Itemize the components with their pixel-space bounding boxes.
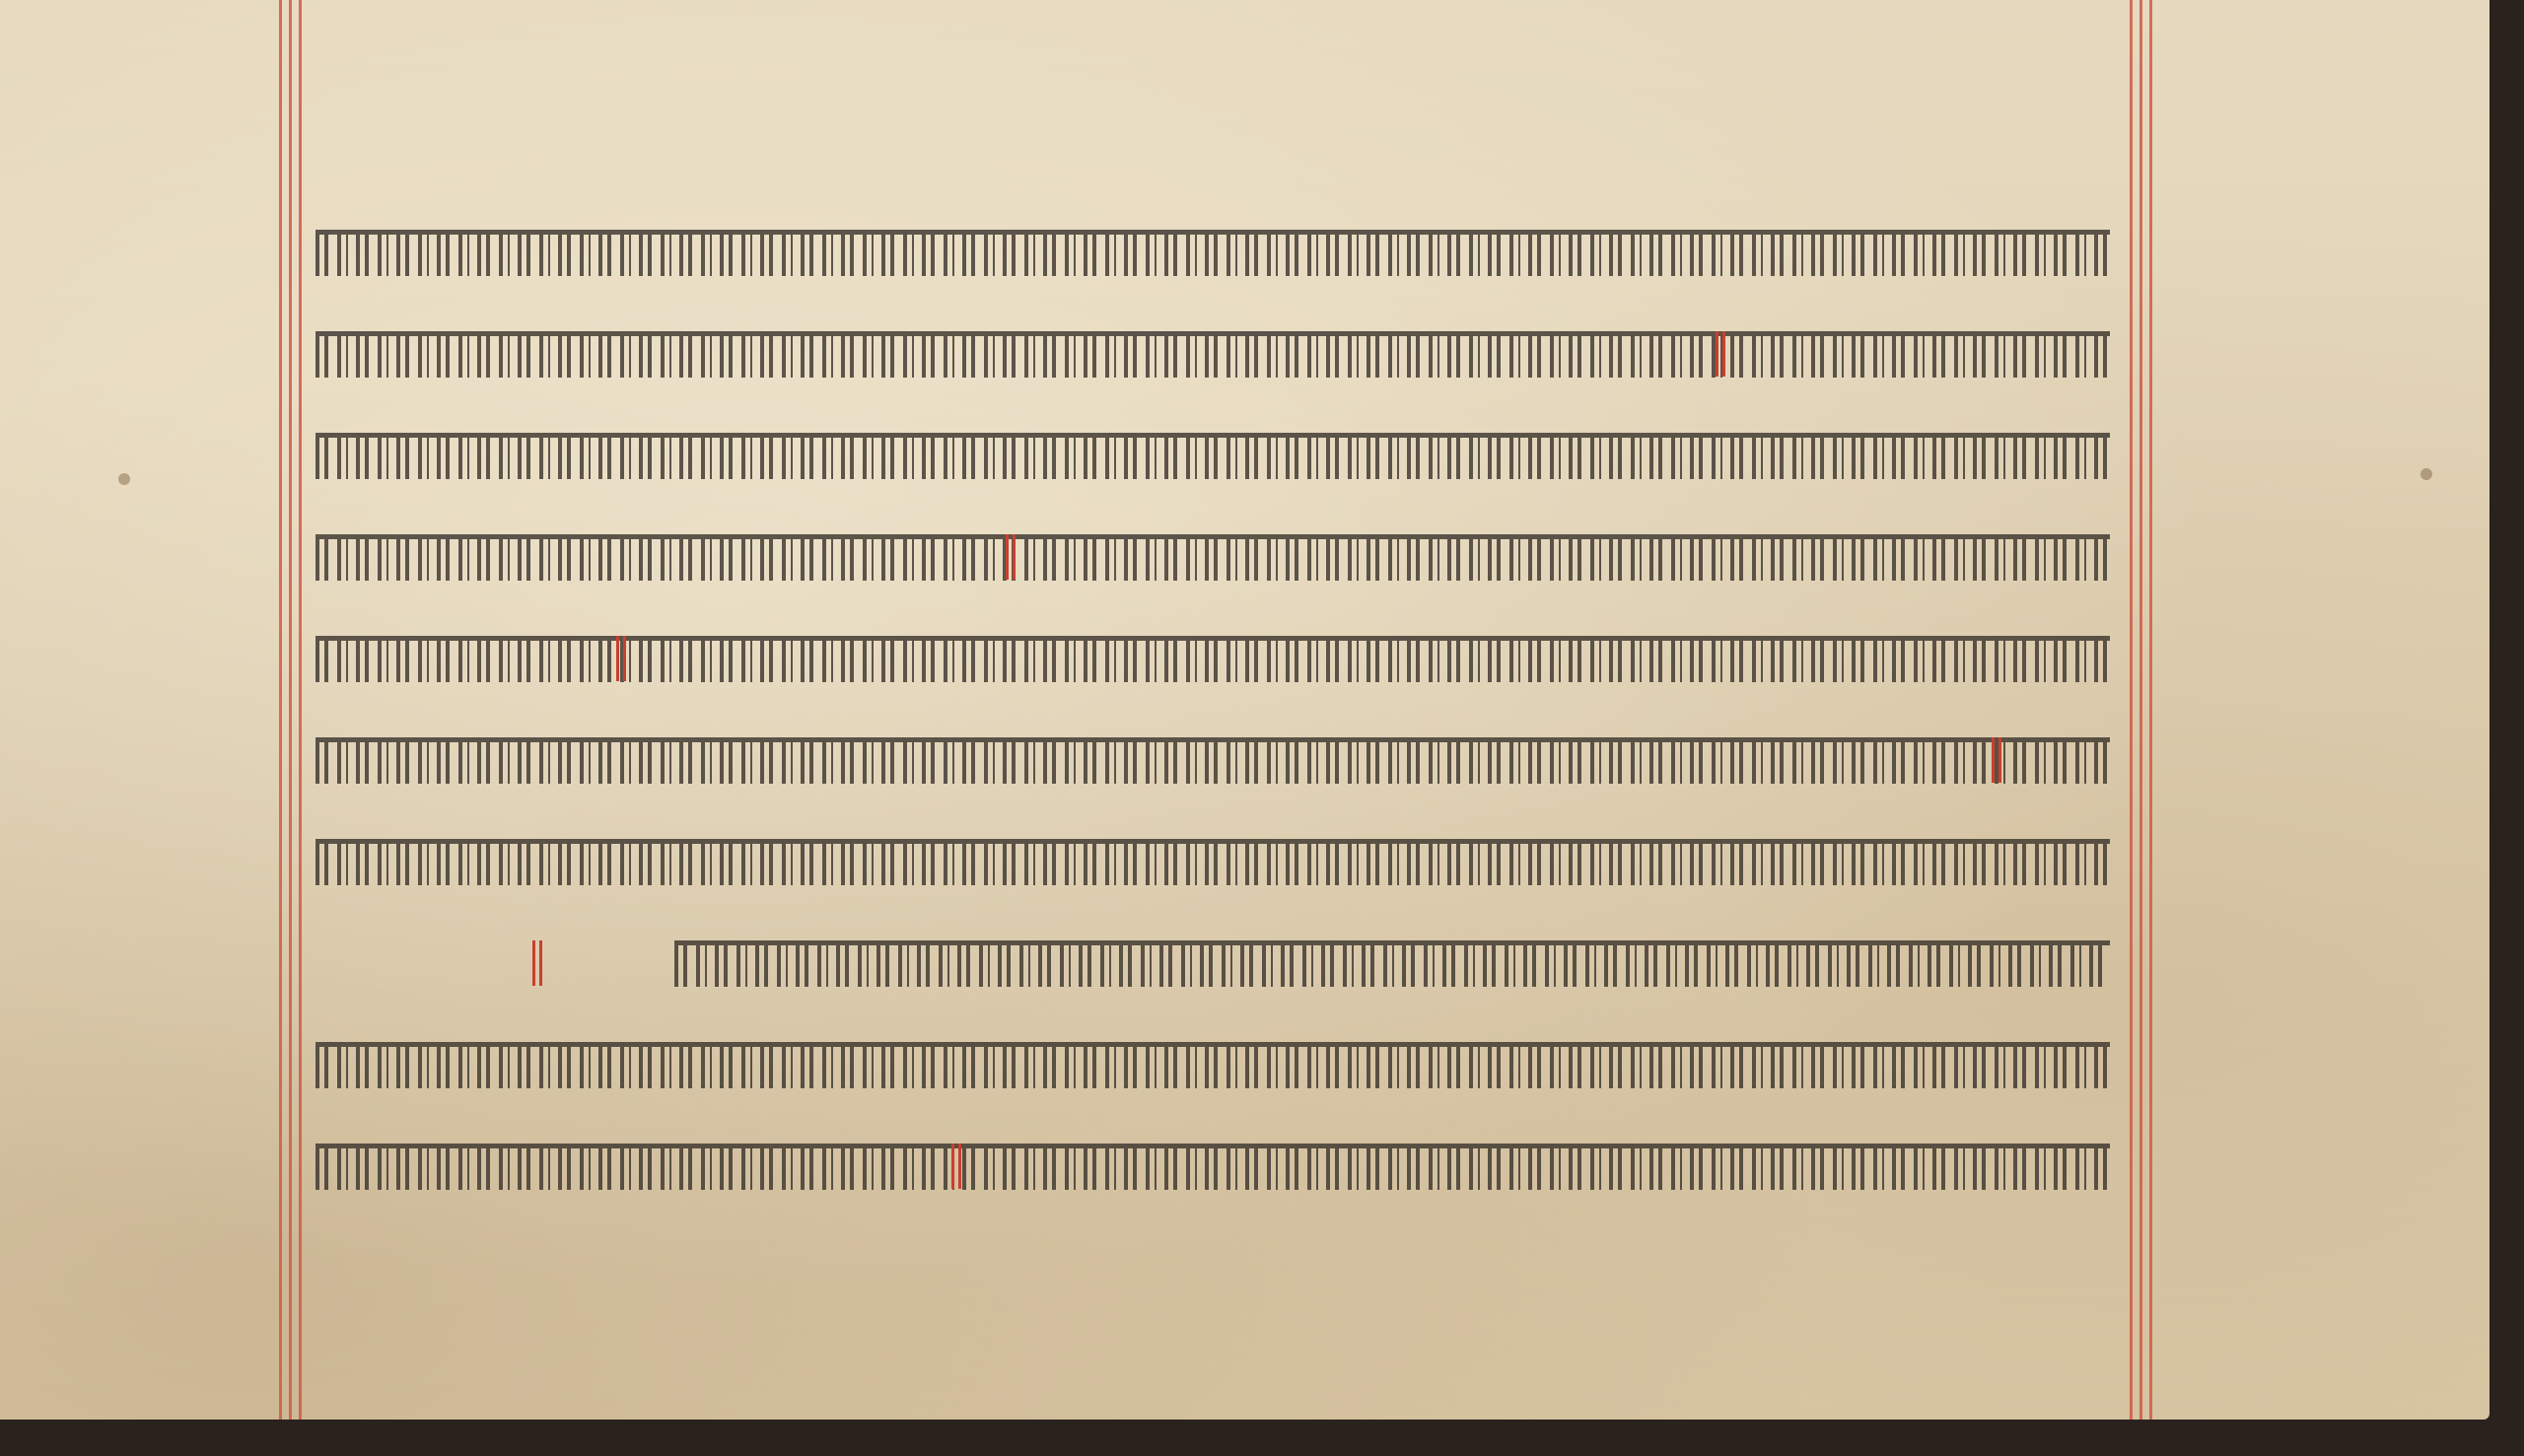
margin-mark (2420, 468, 2432, 480)
danda-mark (951, 1144, 961, 1189)
danda-mark (1716, 331, 1725, 377)
text-block (315, 202, 2110, 1217)
text-line (315, 608, 2110, 710)
right-border-rules (2130, 0, 2152, 1420)
text-line (315, 405, 2110, 507)
left-border-rules (279, 0, 302, 1420)
text-line (315, 1014, 2110, 1116)
script-note: Historical South Asian manuscript script… (0, 0, 1, 1)
text-line (315, 202, 2110, 304)
danda-mark (532, 940, 542, 986)
text-line (315, 710, 2110, 811)
text-line (315, 507, 2110, 608)
danda-mark (1006, 534, 1016, 580)
manuscript-folio: Historical South Asian manuscript script… (0, 0, 2489, 1420)
danda-mark (616, 636, 626, 681)
danda-mark (1992, 737, 2001, 783)
text-line (315, 304, 2110, 405)
margin-mark (118, 473, 130, 485)
text-line (315, 811, 2110, 913)
text-line (315, 1116, 2110, 1217)
text-line (315, 913, 2110, 1014)
